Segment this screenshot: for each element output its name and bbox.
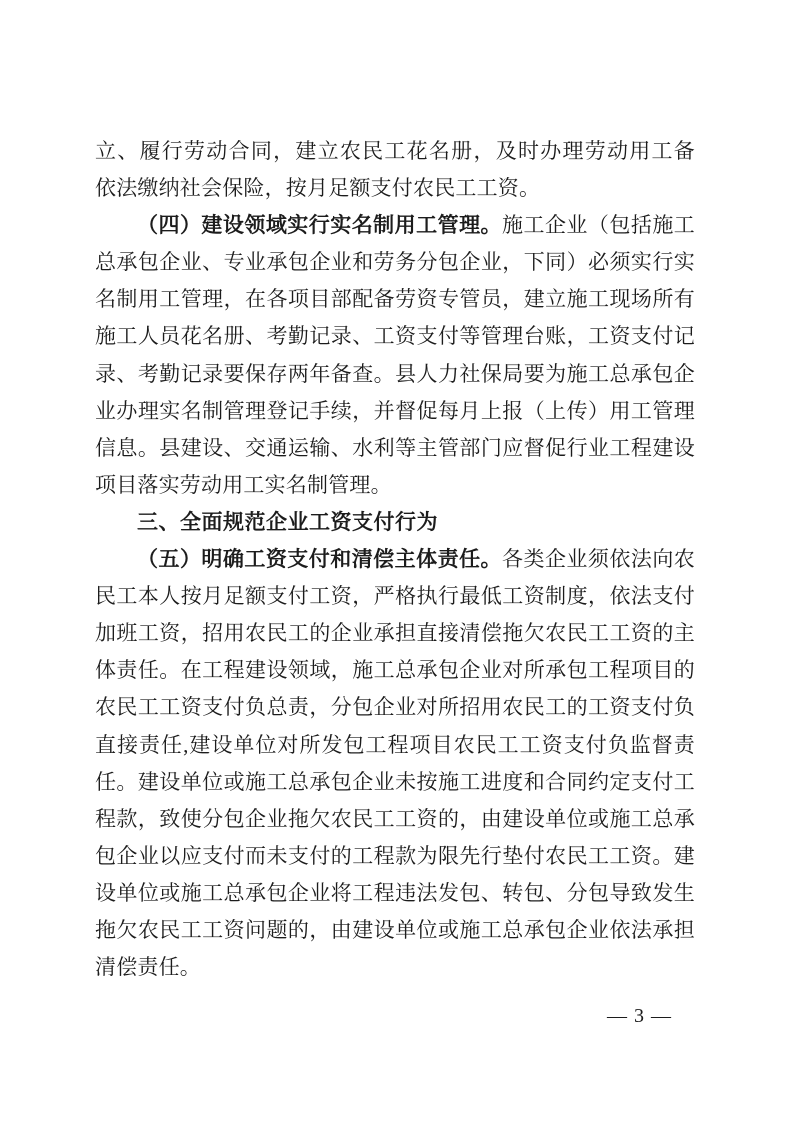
text-segment: 清偿责任。 <box>95 955 201 979</box>
text-segment: 包企业以应支付而未支付的工程款为限先行垫付农民工工资。建 <box>95 844 695 868</box>
text-line: 包企业以应支付而未支付的工程款为限先行垫付农民工工资。建 <box>95 838 695 875</box>
section-heading-line: 三、全面规范企业工资支付行为 <box>95 504 695 541</box>
text-line: 录、考勤记录要保存两年备查。县人力社保局要为施工总承包企 <box>95 356 695 393</box>
text-segment: 设单位或施工总承包企业将工程违法发包、转包、分包导致发生 <box>95 881 695 905</box>
document-page: 立、履行劳动合同，建立农民工花名册，及时办理劳动用工备案，依法缴纳社会保险，按月… <box>0 0 794 1123</box>
page-number: — 3 — <box>607 1002 672 1030</box>
text-line: 直接责任,建设单位对所发包工程项目农民工工资支付负监督责 <box>95 727 695 764</box>
text-line: 体责任。在工程建设领域，施工总承包企业对所承包工程项目的 <box>95 652 695 689</box>
text-line: 拖欠农民工工资问题的，由建设单位或施工总承包企业依法承担 <box>95 912 695 949</box>
text-segment: 录、考勤记录要保存两年备查。县人力社保局要为施工总承包企 <box>95 362 695 386</box>
text-segment: 名制用工管理，在各项目部配备劳资专管员，建立施工现场所有 <box>95 287 695 311</box>
text-line: 清偿责任。 <box>95 949 695 986</box>
text-segment: 拖欠农民工工资问题的，由建设单位或施工总承包企业依法承担 <box>95 918 695 942</box>
text-segment: 加班工资，招用农民工的企业承担直接清偿拖欠农民工工资的主 <box>95 621 695 645</box>
text-segment: 体责任。在工程建设领域，施工总承包企业对所承包工程项目的 <box>95 658 695 682</box>
text-segment: 立、履行劳动合同，建立农民工花名册，及时办理劳动用工备案， <box>95 139 695 170</box>
text-segment: 项目落实劳动用工实名制管理。 <box>95 473 392 497</box>
text-line: 民工本人按月足额支付工资，严格执行最低工资制度，依法支付 <box>95 578 695 615</box>
text-line: 农民工工资支付负总责，分包企业对所招用农民工的工资支付负 <box>95 689 695 726</box>
text-segment: 总承包企业、专业承包企业和劳务分包企业，下同）必须实行实 <box>95 250 695 274</box>
text-line: 名制用工管理，在各项目部配备劳资专管员，建立施工现场所有 <box>95 281 695 318</box>
text-segment: 任。建设单位或施工总承包企业未按施工进度和合同约定支付工 <box>95 770 695 794</box>
text-line: 信息。县建设、交通运输、水利等主管部门应督促行业工程建设 <box>95 430 695 467</box>
inline-paragraph-heading: （五）明确工资支付和清偿主体责任。 <box>137 547 502 571</box>
inline-paragraph-heading: （四）建设领域实行实名制用工管理。 <box>137 213 502 237</box>
text-line: 任。建设单位或施工总承包企业未按施工进度和合同约定支付工 <box>95 764 695 801</box>
text-segment: 农民工工资支付负总责，分包企业对所招用农民工的工资支付负 <box>95 695 695 719</box>
text-line: （五）明确工资支付和清偿主体责任。各类企业须依法向农 <box>95 541 695 578</box>
text-segment: 程款，致使分包企业拖欠农民工工资的，由建设单位或施工总承 <box>95 807 695 831</box>
text-segment: 三、全面规范企业工资支付行为 <box>137 511 438 534</box>
text-line: 项目落实劳动用工实名制管理。 <box>95 467 695 504</box>
text-segment: 民工本人按月足额支付工资，严格执行最低工资制度，依法支付 <box>95 584 695 608</box>
text-line: 设单位或施工总承包企业将工程违法发包、转包、分包导致发生 <box>95 875 695 912</box>
text-line: 依法缴纳社会保险，按月足额支付农民工工资。 <box>95 170 695 207</box>
text-line: 加班工资，招用农民工的企业承担直接清偿拖欠农民工工资的主 <box>95 615 695 652</box>
text-segment: 直接责任,建设单位对所发包工程项目农民工工资支付负监督责 <box>95 733 695 757</box>
text-line: 立、履行劳动合同，建立农民工花名册，及时办理劳动用工备案， <box>95 133 695 170</box>
text-segment: 施工人员花名册、考勤记录、工资支付等管理台账，工资支付记 <box>95 324 695 348</box>
text-segment: 各类企业须依法向农 <box>502 547 695 571</box>
text-line: 程款，致使分包企业拖欠农民工工资的，由建设单位或施工总承 <box>95 801 695 838</box>
text-line: （四）建设领域实行实名制用工管理。施工企业（包括施工 <box>95 207 695 244</box>
text-line: 总承包企业、专业承包企业和劳务分包企业，下同）必须实行实 <box>95 244 695 281</box>
text-line: 业办理实名制管理登记手续，并督促每月上报（上传）用工管理 <box>95 393 695 430</box>
text-segment: 依法缴纳社会保险，按月足额支付农民工工资。 <box>95 176 540 200</box>
text-segment: 业办理实名制管理登记手续，并督促每月上报（上传）用工管理 <box>95 399 695 423</box>
text-line: 施工人员花名册、考勤记录、工资支付等管理台账，工资支付记 <box>95 318 695 355</box>
text-segment: 施工企业（包括施工 <box>502 213 695 237</box>
text-segment: 信息。县建设、交通运输、水利等主管部门应督促行业工程建设 <box>95 436 695 460</box>
document-body: 立、履行劳动合同，建立农民工花名册，及时办理劳动用工备案，依法缴纳社会保险，按月… <box>95 133 695 986</box>
